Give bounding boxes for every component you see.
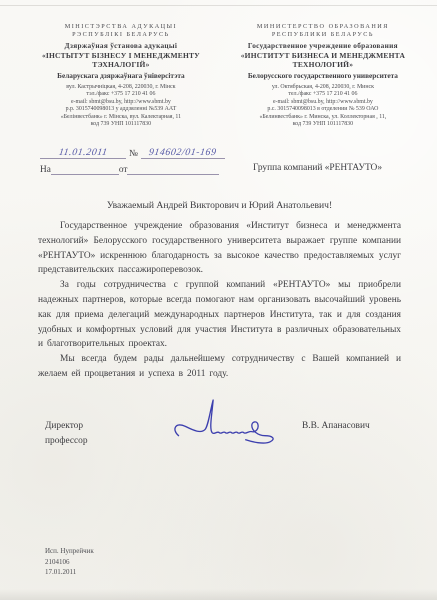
na-label: На — [40, 165, 51, 175]
address-line: «Белинвестбанк» г. Минска, ул. Коллектор… — [214, 114, 432, 122]
blank-line: 914602/01-169 — [141, 146, 225, 159]
number-sign: № — [129, 149, 138, 159]
address-line: код 739 УНП 101117830 — [28, 121, 214, 129]
reference-number-row: 11.01.2011№914602/01-169 — [40, 146, 400, 161]
executor-date: 17.01.2011 — [45, 567, 94, 578]
executor-phone: 2104106 — [45, 557, 94, 568]
greeting: Уважаемый Андрей Викторович и Юрий Анато… — [38, 200, 401, 211]
address-line: «Белінвестбанк» г. Мінска, вул. Калектар… — [28, 114, 214, 122]
handwritten-date: 11.01.2011 — [58, 147, 108, 158]
body-paragraph: Мы всегда будем рады дальнейшему сотрудн… — [38, 352, 401, 382]
ministry-line: МІНІСТЭРСТВА АДУКАЦЫІ — [28, 23, 214, 31]
org-address: вул. Кастрычніцкая, 4-208, 220030, г. Мі… — [28, 84, 214, 129]
scanned-letter-page: МІНІСТЭРСТВА АДУКАЦЫІ РЭСПУБЛІКІ БЕЛАРУС… — [0, 0, 437, 600]
address-line: р.р. 3015740098013 у аддзяленні №539 ААТ — [28, 106, 214, 114]
handwritten-number: 914602/01-169 — [148, 147, 217, 158]
address-line: вул. Кастрычніцкая, 4-208, 220030, г. Мі… — [28, 84, 214, 92]
executor-name: Исп. Нупрейчик — [45, 546, 94, 557]
ministry-line: РЭСПУБЛІКІ БЕЛАРУСЬ — [28, 31, 214, 39]
address-line: e-mail: sbmt@bsu.by, http://www.sbmt.by — [214, 99, 432, 107]
executor-block: Исп. Нупрейчик 2104106 17.01.2011 — [45, 546, 94, 578]
ministry-line: МИНИСТЕРСТВО ОБРАЗОВАНИЯ — [214, 23, 432, 31]
reference-reply-row: Наот Группа компаний «РЕНТАУТО» — [40, 162, 400, 176]
org-name: «ИНСТИТУТ БИЗНЕСА И МЕНЕДЖМЕНТА ТЕХНОЛОГ… — [214, 52, 432, 70]
letterhead: МІНІСТЭРСТВА АДУКАЦЫІ РЭСПУБЛІКІ БЕЛАРУС… — [28, 23, 432, 129]
address-line: ул. Октябрьская, 4-208, 220030, г. Минск — [214, 84, 432, 92]
org-university: Беларускага дзяржаўнага ўніверсітэта — [28, 72, 214, 81]
reference-block: 11.01.2011№914602/01-169 Наот Группа ком… — [40, 146, 400, 176]
body-paragraph: Государственное учреждение образования «… — [38, 219, 401, 278]
address-line: e-mail: sbmt@bsu.by, http://www.sbmt.by — [28, 99, 214, 107]
org-name: «ІНСТЫТУТ БІЗНЕСУ І МЕНЕДЖМЕНТУ ТЭХНАЛОГ… — [28, 52, 214, 70]
blank-line: 11.01.2011 — [40, 146, 126, 159]
org-type: Дзяржаўная ўстанова адукацыі — [28, 42, 214, 51]
addressee: Группа компаний «РЕНТАУТО» — [253, 163, 382, 173]
address-line: тел./факс +375 17 210 41 06 — [214, 91, 432, 99]
signatory-title-line: Директор — [45, 419, 88, 434]
body-paragraph: За годы сотрудничества с группой компани… — [38, 278, 401, 352]
ministry-line: РЕСПУБЛИКИ БЕЛАРУСЬ — [214, 31, 432, 39]
address-line: тэл./факс +375 17 210 41 06 — [28, 91, 214, 99]
signatory-title-line: профессор — [45, 434, 88, 449]
signature-ink — [170, 397, 298, 454]
letterhead-russian: МИНИСТЕРСТВО ОБРАЗОВАНИЯ РЕСПУБЛИКИ БЕЛА… — [214, 23, 432, 129]
org-address: ул. Октябрьская, 4-208, 220030, г. Минск… — [214, 84, 432, 129]
signatory-name: В.В. Апанасович — [302, 421, 370, 431]
blank-line — [51, 162, 119, 175]
signatory-title: Директор профессор — [45, 419, 88, 448]
org-type: Государственное учреждение образования — [214, 42, 432, 51]
letterhead-belarusian: МІНІСТЭРСТВА АДУКАЦЫІ РЭСПУБЛІКІ БЕЛАРУС… — [28, 23, 214, 129]
address-line: р.с. 3015740098013 в отделении № 539 ОАО — [214, 106, 432, 114]
ot-label: от — [119, 165, 128, 175]
letter-body: Государственное учреждение образования «… — [38, 219, 401, 382]
blank-line — [127, 162, 219, 175]
address-line: код 739 УНП 101117830 — [214, 121, 432, 129]
signature-stroke — [175, 400, 273, 443]
org-university: Белорусского государственного университе… — [214, 72, 432, 81]
